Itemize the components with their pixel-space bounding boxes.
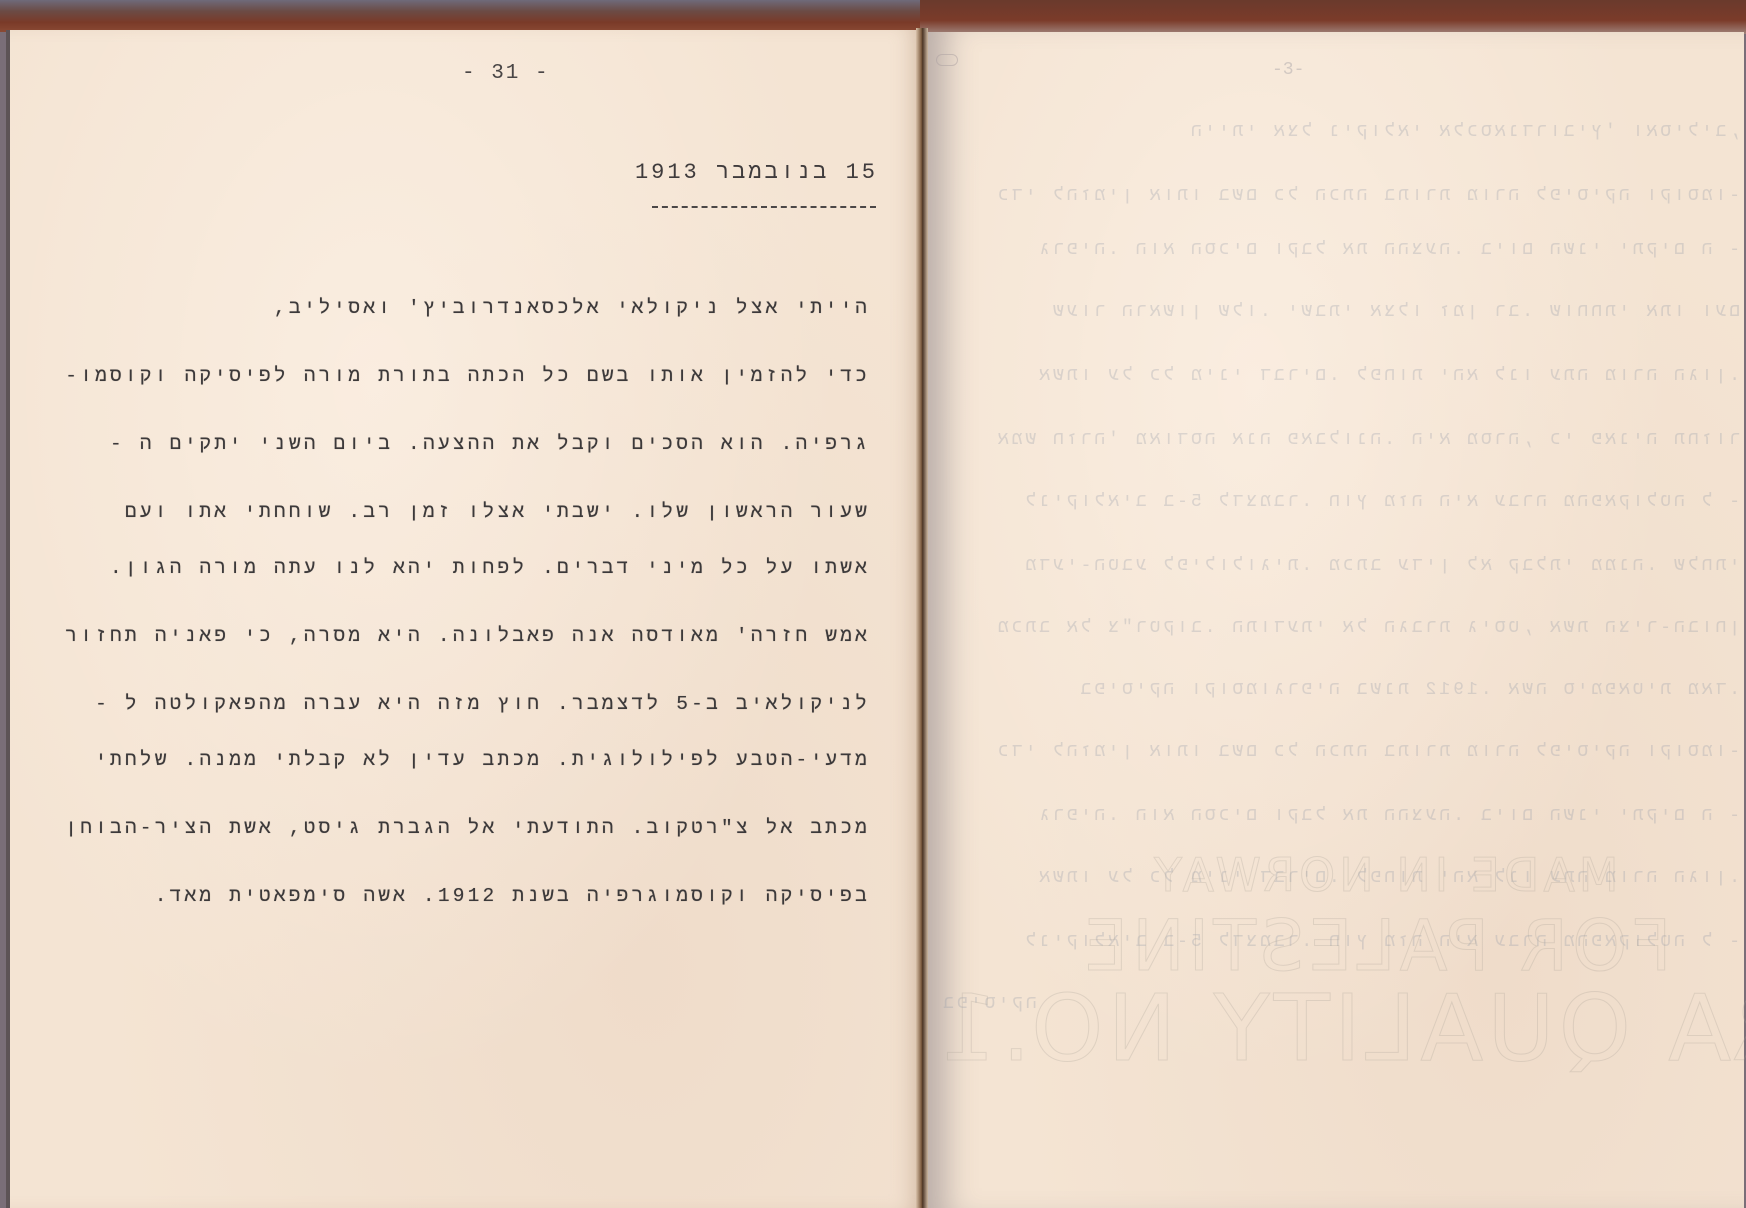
bleed-through-line: גרפיה. הוא הסכים וקבל את ההצעה. ביום השנ… (940, 806, 1740, 824)
bleed-through-line: שעור הראשון שלו. ישבתי אצלו זמן רב. שוחח… (940, 302, 1740, 320)
text-line: כדי להזמין אותו בשם כל הכתה בתורת מורה ל… (30, 364, 870, 432)
bleed-through-line: גרפיה. הוא הסכים וקבל את ההצעה. ביום השנ… (940, 240, 1740, 258)
stamp-mark (936, 54, 958, 66)
page-number: - 31 - (462, 62, 550, 85)
text-line: בפיסיקה וקוסמוגרפיה בשנת 1912. אשה סימפא… (30, 884, 870, 952)
watermark-line-3: EXTRA QUALITY NO.1 (935, 975, 1746, 1082)
bleed-through-line: לניקולאיב ב-5 לדצמבר. חוץ מזה היא עברה מ… (940, 492, 1740, 510)
bleed-through-line: כדי להזמין אותו בשם כל הכתה בתורת מורה ל… (940, 186, 1740, 204)
text-line: שעור הראשון שלו. ישבתי אצלו זמן רב. שוחח… (30, 500, 870, 556)
diary-entry-body: הייתי אצל ניקולאי אלכסאנדרוביץ' ואסיליב,… (30, 296, 870, 952)
watermark-line-1: MADE IN NORWAY (1150, 848, 1619, 902)
text-line: אשתו על כל מיני דברים. לפחות יהא לנו עתה… (30, 556, 870, 624)
text-line: מדעי-הטבע לפילולוגית. מכתב עדין לא קבלתי… (30, 748, 870, 816)
text-line: מכתב אל צ"רטקוב. התודעתי אל הגברת גיסט, … (30, 816, 870, 884)
right-page-number: -3- (1272, 60, 1304, 80)
bleed-through-line: אמש חזרה' מאודסה אנה פאבלונה. היא מסרה, … (940, 430, 1740, 448)
date-heading: 15 בנובמבר 1913 (635, 160, 878, 185)
book-gutter (916, 28, 928, 1208)
bleed-through-line: מכתב אל צ"רטקוב. התודעתי אל הגברת גיסט, … (940, 618, 1740, 636)
bleed-through-line: כדי להזמין אותו בשם כל הכתה בתורת מורה ל… (940, 742, 1740, 760)
bleed-through-line: מדעי-הטבע לפילולוגית. מכתב עדין לא קבלתי… (940, 556, 1740, 574)
text-line: גרפיה. הוא הסכים וקבל את ההצעה. ביום השנ… (30, 432, 870, 500)
text-line: לניקולאיב ב-5 לדצמבר. חוץ מזה היא עברה מ… (30, 692, 870, 748)
text-line: אמש חזרה' מאודסה אנה פאבלונה. היא מסרה, … (30, 624, 870, 692)
bleed-through-line: הייתי אצל ניקולאי אלכסאנדרוביץ' ואסיליב, (940, 122, 1740, 140)
bleed-through-line: בפיסיקה וקוסמוגרפיה בשנת 1912. אשה סימפא… (940, 680, 1740, 698)
background-strip-right (920, 0, 1746, 34)
bleed-through-line: אשתו על כל מיני דברים. לפחות יהא לנו עתה… (940, 366, 1740, 384)
text-line: הייתי אצל ניקולאי אלכסאנדרוביץ' ואסיליב, (30, 296, 870, 364)
date-underline (652, 206, 876, 208)
